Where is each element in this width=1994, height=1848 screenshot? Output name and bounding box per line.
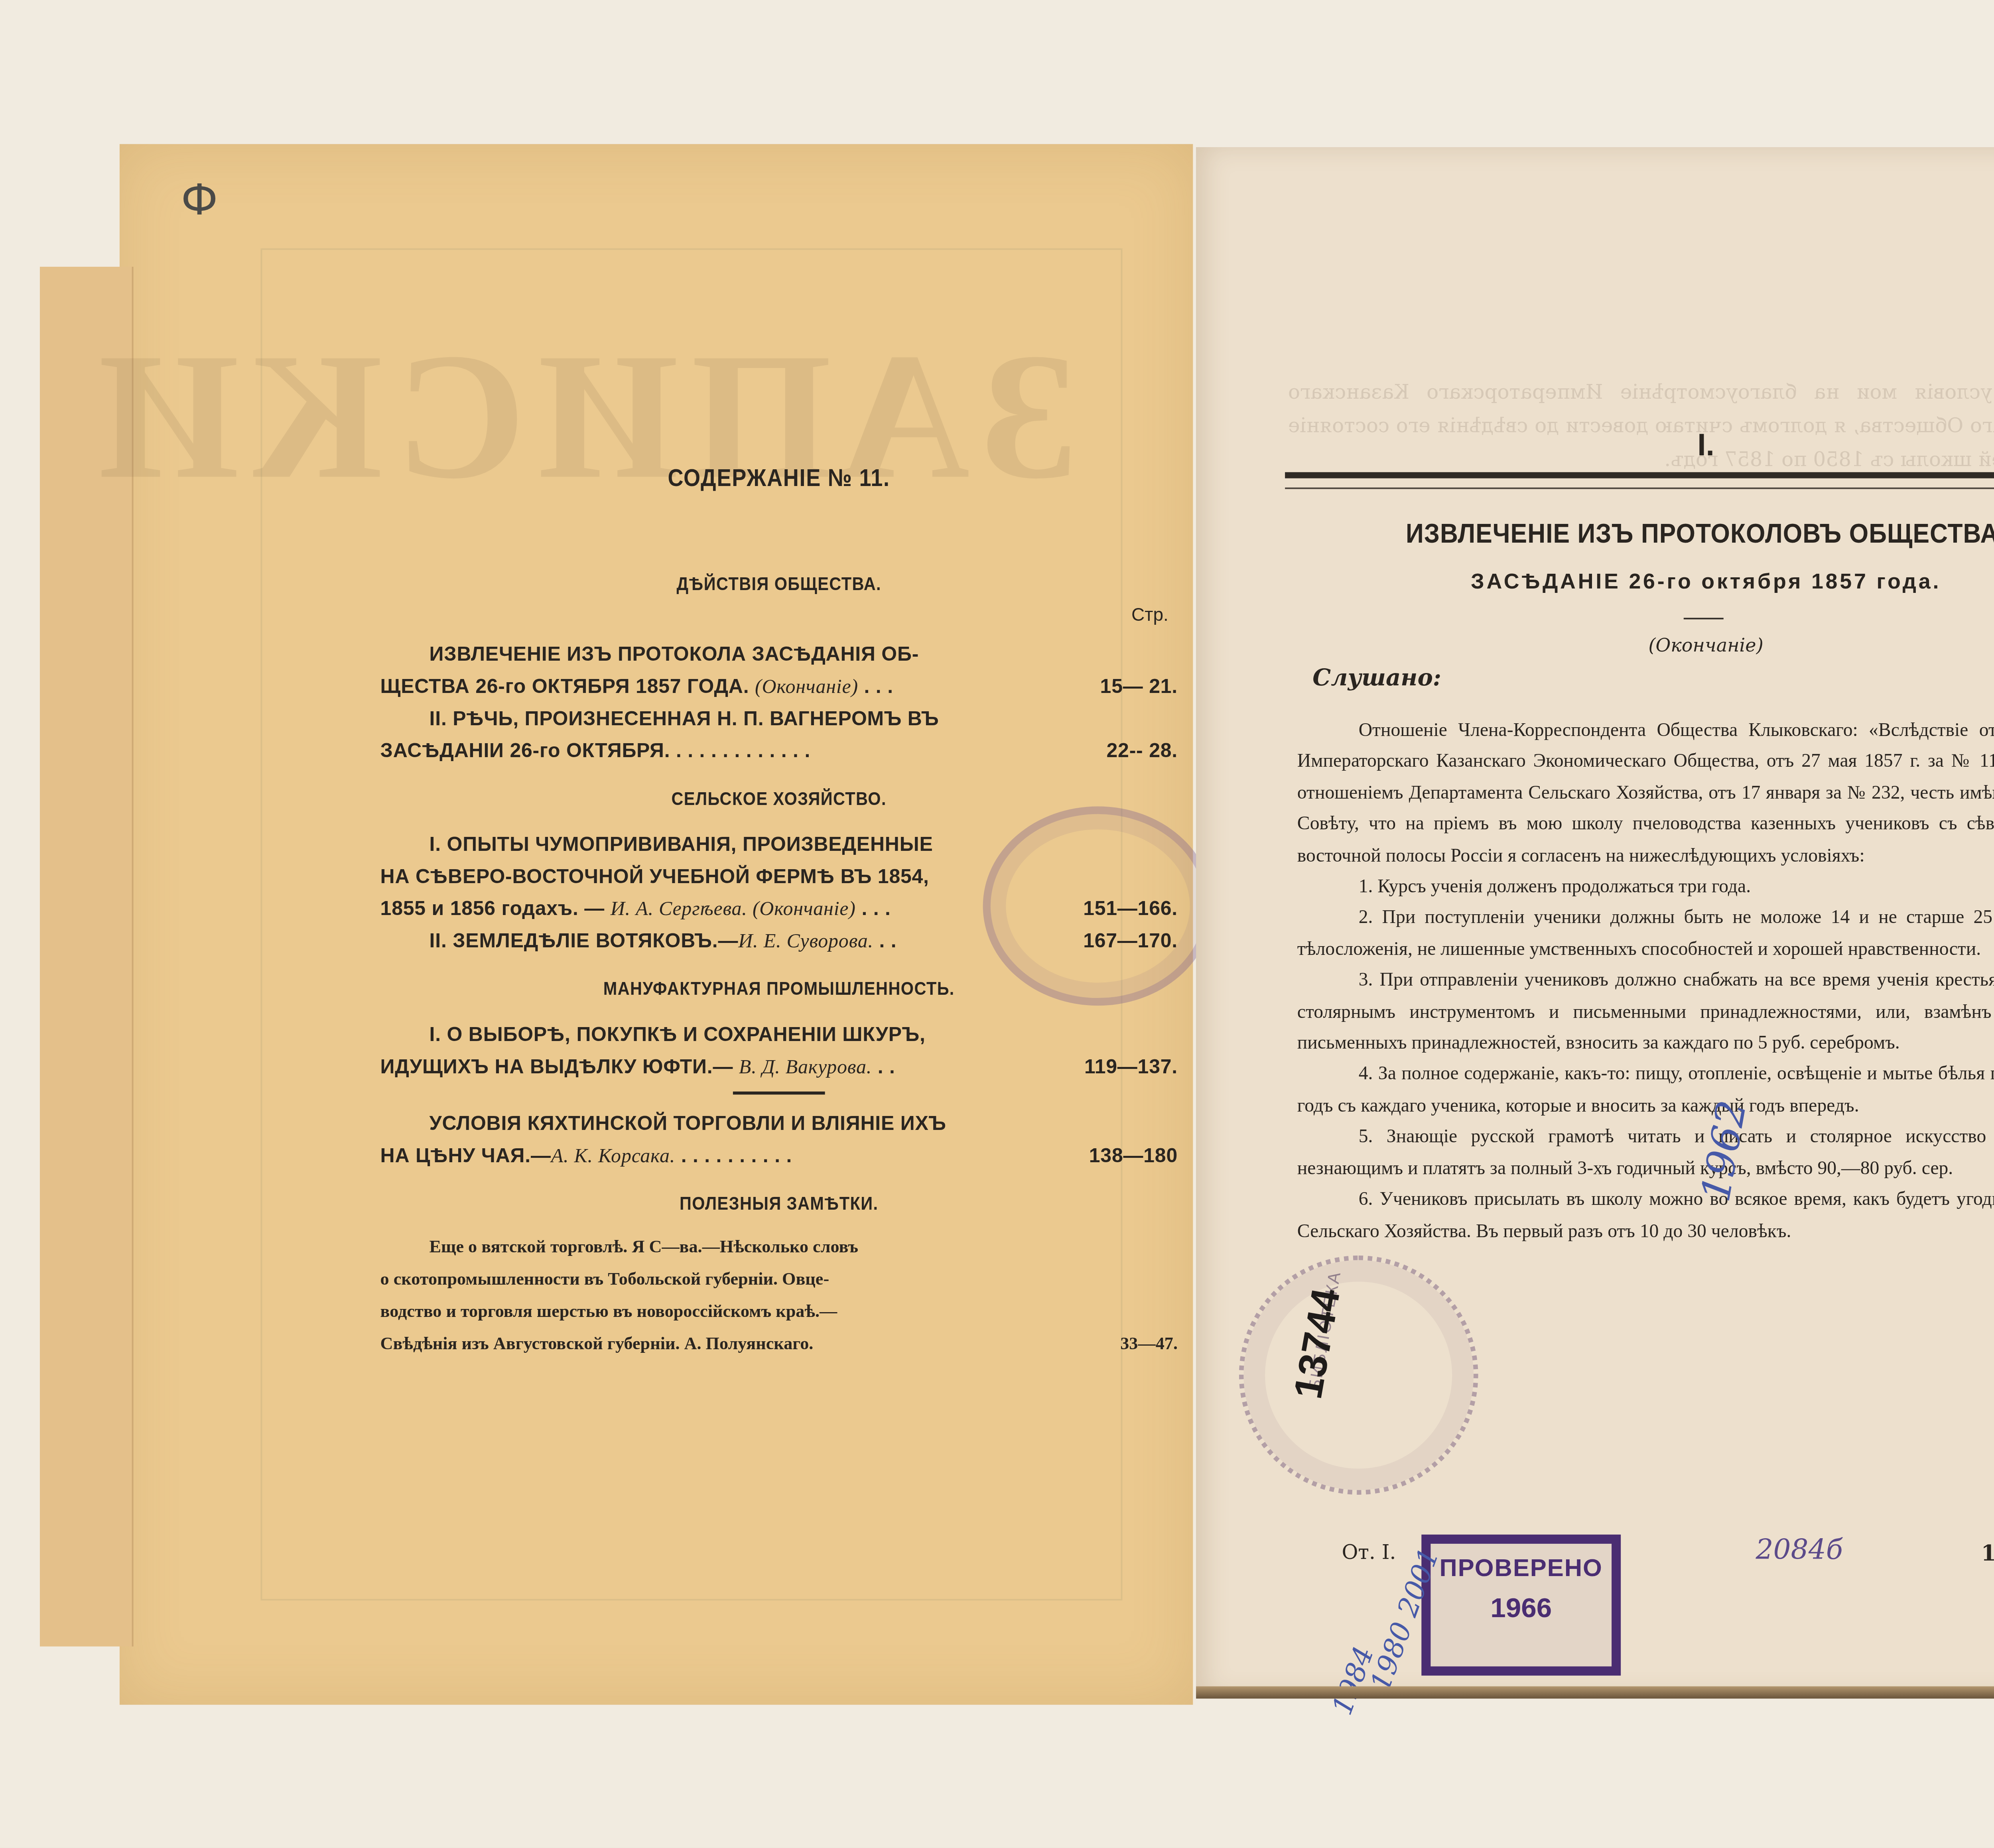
page-column-label: Стр. <box>380 604 1168 626</box>
document-photo: ЗАПИСКИ Ф СОДЕРЖАНІЕ № 11. ДѢЙСТВІЯ ОБЩЕ… <box>0 0 1994 1847</box>
body-text: Отношеніе Члена-Корреспондента Общества … <box>1297 714 1994 1246</box>
library-round-stamp <box>983 806 1213 1006</box>
condition-item: 3. При отправленіи учениковъ должно снаб… <box>1297 964 1994 1058</box>
condition-item: 1. Курсъ ученія долженъ продолжаться три… <box>1297 871 1994 902</box>
page-title: ИЗВЛЕЧЕНІЕ ИЗЪ ПРОТОКОЛОВЪ ОБЩЕСТВА. <box>1247 518 1994 551</box>
page-bottom-edge <box>1196 1687 1994 1699</box>
toc-entry: I. О ВЫБОРѢ, ПОКУПКѢ И СОХРАНЕНІИ ШКУРЪ,… <box>380 1018 1178 1082</box>
toc-pages: 22-- 28. <box>1097 734 1178 767</box>
verified-stamp: ПРОВЕРЕНО 1966 <box>1421 1535 1621 1676</box>
toc-entry: ИЗВЛЕЧЕНІЕ ИЗЪ ПРОТОКОЛА ЗАСѢДАНІЯ ОБ- Щ… <box>380 638 1178 702</box>
header-rule-thin <box>1285 488 1994 489</box>
toc-pages: 15— 21. <box>1091 670 1178 702</box>
handwritten-code: 2084б <box>1756 1535 1843 1567</box>
left-page-cover: ЗАПИСКИ Ф СОДЕРЖАНІЕ № 11. ДѢЙСТВІЯ ОБЩЕ… <box>120 144 1193 1704</box>
section-numeral: I. <box>1196 429 1994 464</box>
continuation-note: (Окончаніе) <box>1196 635 1994 656</box>
right-page: Представляя условія мои на благоусмотрѣн… <box>1196 147 1994 1695</box>
session-date: ЗАСѢДАНІЕ 26-го октября 1857 года. <box>1196 569 1994 593</box>
condition-item: 6. Учениковъ присылать въ школу можно во… <box>1297 1184 1994 1246</box>
paragraph: Отношеніе Члена-Корреспондента Общества … <box>1297 714 1994 871</box>
condition-item: 5. Знающіе русской грамотѣ читать и писа… <box>1297 1121 1994 1184</box>
section-title: ДѢЙСТВІЯ ОБЩЕСТВА. <box>420 573 1138 595</box>
toc-title: СОДЕРЖАНІЕ № 11. <box>428 466 1130 494</box>
toc-pages: 33—47. <box>1120 1329 1178 1362</box>
condition-item: 4. За полное содержаніе, какъ-то: пищу, … <box>1297 1059 1994 1121</box>
section-title: СЕЛЬСКОЕ ХОЗЯЙСТВО. <box>420 788 1138 809</box>
toc-pages: 119—137. <box>1075 1050 1178 1082</box>
condition-item: 2. При поступленіи ученики должны быть н… <box>1297 902 1994 965</box>
toc-entry: УСЛОВІЯ КЯХТИНСКОЙ ТОРГОВЛИ И ВЛІЯНІЕ ИХ… <box>380 1107 1178 1171</box>
library-stamp: БИБЛІОТЕКА <box>1239 1256 1478 1495</box>
pencil-mark: Ф <box>181 175 218 225</box>
section-title: ПОЛЕЗНЫЯ ЗАМѢТКИ. <box>420 1193 1138 1214</box>
divider <box>733 1092 825 1095</box>
header-rule <box>1285 472 1994 478</box>
toc-entry: II. РѢЧЬ, ПРОИЗНЕСЕННАЯ Н. П. ВАГНЕРОМЪ … <box>380 702 1178 766</box>
page-number: 1 <box>1981 1542 1994 1567</box>
divider <box>1684 618 1724 620</box>
signature-mark: От. I. <box>1342 1542 1396 1565</box>
useful-notes-entry: Еще о вятской торговлѣ. Я С—ва.—Нѣскольк… <box>380 1232 1178 1361</box>
heard-label: Слушано: <box>1312 664 1441 691</box>
toc-pages: 138—180 <box>1080 1139 1178 1171</box>
